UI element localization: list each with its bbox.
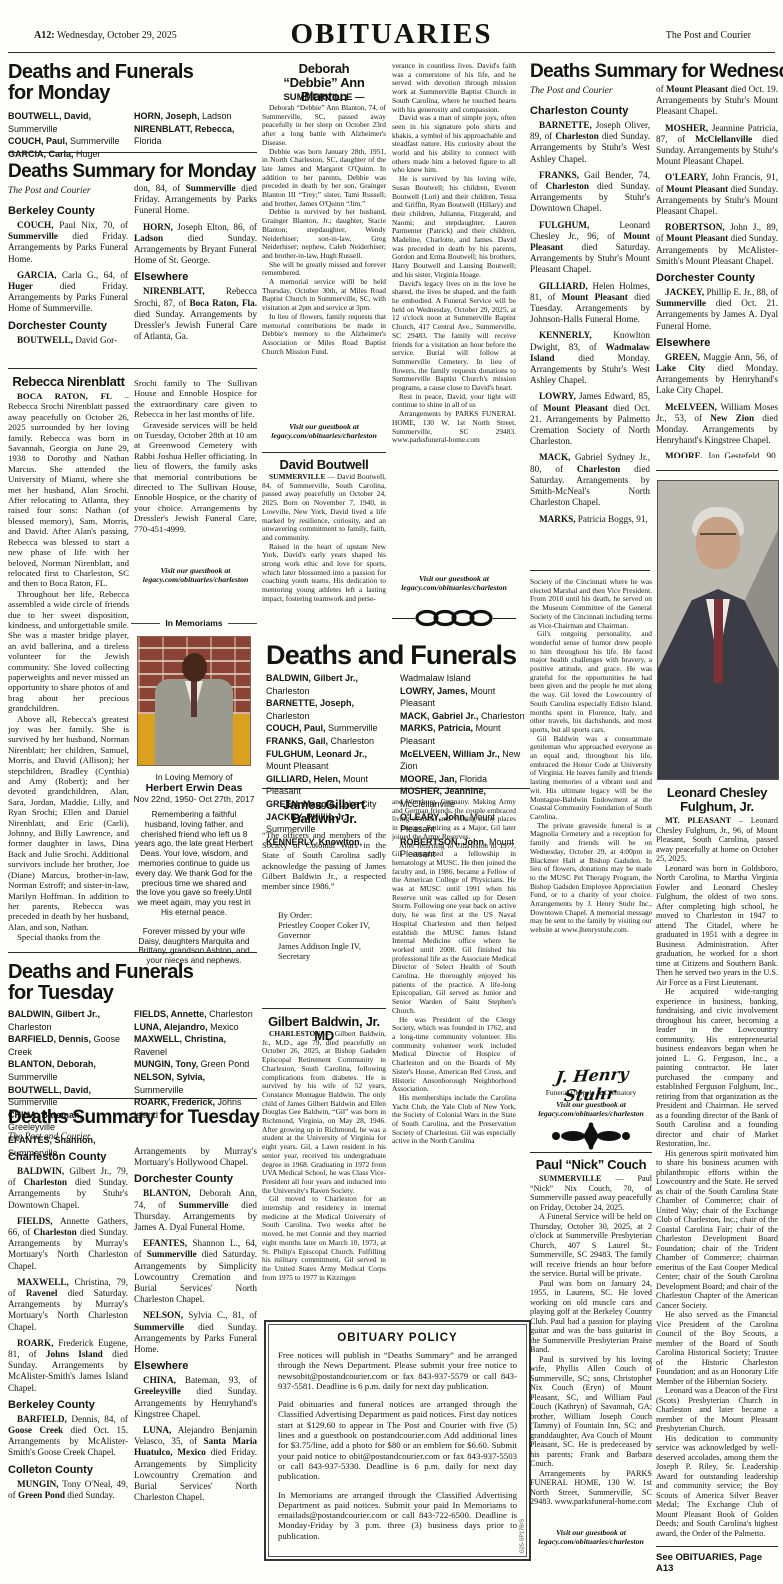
monday-dnf-title: Deaths and Funerals for Monday <box>8 62 223 104</box>
paragraph: He was President of the Clergy Society, … <box>392 1016 516 1094</box>
obit-headline-line1: Leonard Chesley <box>656 786 778 800</box>
obit-blanton-body: Deborah “Debbie” Ann Blanton, 74, of Sum… <box>262 104 386 416</box>
obit-headline-line2: Baldwin Jr. <box>262 812 386 826</box>
divider-rule <box>8 1098 257 1099</box>
summary-entry: MUNGIN, Tony O'Neal, 49, of Green Pond d… <box>8 1479 128 1501</box>
summary-entry: BARFIELD, Dennis, 84, of Goose Creek die… <box>8 1414 128 1459</box>
obituary-policy-box: OBITUARY POLICY Free notices will publis… <box>264 1320 531 1561</box>
fleur-ornament-icon <box>543 1120 639 1152</box>
paragraph: After returning to Charleston in 1977, G… <box>392 842 516 1016</box>
summary-entry: NIRENBLATT, Rebecca Srochi, 87, of Boca … <box>134 286 257 342</box>
by-order-line: Priestley Cooper Coker IV, <box>278 920 396 930</box>
paragraph: He also served as the Financial Vice Pre… <box>656 1310 778 1386</box>
name-list-item: BOUTWELL, David, Summerville <box>8 110 130 135</box>
tuesday-summary-col2: Arrangements by Murray's Mortuary's Holl… <box>134 1146 257 1570</box>
guestbook-line1: Visit our guestbook at <box>530 1528 652 1537</box>
name-list-item: MUNGIN, Tony, Green Pond <box>134 1058 257 1071</box>
byline: The Post and Courier <box>8 1132 91 1142</box>
name-list-item: FULGHUM, Leonard Jr., Mount Pleasant <box>266 748 394 773</box>
byline: The Post and Courier <box>530 86 613 96</box>
paragraph: A Funeral Service will be held on Thursd… <box>530 1212 652 1279</box>
name-list-item: BLANTON, Deborah, Summerville <box>8 1058 130 1083</box>
name-list-item: McELVEEN, William Jr., New Zion <box>400 748 528 773</box>
name-list-item: MACK, Gabriel Jr., Charleston <box>400 710 528 723</box>
summary-entry: MOORE, Jan Gestefeld, 90, of Seminole, F… <box>656 451 778 458</box>
center-dnf-title: Deaths and Funerals <box>266 640 516 671</box>
summary-entry: MARKS, Patricia Boggs, 91, <box>530 514 650 525</box>
newspaper-page: A12: Wednesday, October 29, 2025 OBITUAR… <box>0 0 783 1584</box>
obit-headline-line1: Deborah <box>262 62 386 76</box>
tuesday-dnf-list-col2: FIELDS, Annette, CharlestonLUNA, Alejand… <box>134 1008 257 1121</box>
summary-entry: MACK, Gabriel Sydney Jr., 80, of Charles… <box>530 452 650 508</box>
paragraph: He acquired wide-ranging experience in b… <box>656 987 778 1149</box>
summary-entry: LUNA, Alejandro Benjamin Velasco, 35, of… <box>134 1425 257 1503</box>
name-list-item: FRANKS, Gail, Charleston <box>266 735 394 748</box>
obit-boutwell-col2: verance in countless lives. David's fait… <box>392 62 516 568</box>
obit-headline-jgb: James Gilbert Baldwin Jr. <box>262 798 386 826</box>
monday-summary-col1: Berkeley CountyCOUCH, Paul Nix, 70, of S… <box>8 200 128 362</box>
paragraph: MT. PLEASANT – Leonard Chesley Fulghum, … <box>656 816 778 864</box>
obituary-policy-title: OBITUARY POLICY <box>278 1332 517 1344</box>
name-list-item: Wadmalaw Island <box>400 672 528 685</box>
summary-entry: FRANKS, Gail Bender, 74, of Charleston d… <box>530 170 650 215</box>
paragraph: Debbie is survived by her husband, Grain… <box>262 208 386 260</box>
summary-entry: FULGHUM, Leonard Chesley Jr., 96, of Mou… <box>530 220 650 276</box>
divider-rule <box>656 1546 778 1547</box>
see-obituaries-jumpline: See OBITUARIES, Page A13 <box>656 1552 778 1574</box>
memoriam-text: Remembering a faithful husband, loving f… <box>135 810 253 918</box>
paragraph: David was a man of simple joys, often se… <box>392 114 516 175</box>
divider-rule <box>8 952 257 953</box>
county-heading: Charleston County <box>530 105 650 117</box>
name-list-item: FIELDS, Annette, Charleston <box>134 1008 257 1021</box>
summary-entry: FIELDS, Annette Gathers, 66, of Charlest… <box>8 1216 128 1272</box>
summary-entry: BALDWIN, Gilbert Jr., 79, of Charleston … <box>8 1166 128 1211</box>
paragraph: Gil's outgoing personality, and wonderfu… <box>530 630 652 734</box>
paragraph: CHARLESTON — Gilbert Baldwin, Jr., M.D.,… <box>262 1030 386 1195</box>
rope-ornament-icon <box>415 608 493 628</box>
obit-headline-boutwell: David Boutwell <box>262 458 386 472</box>
summary-entry: KENNERLY, Knowlton Dwight, 83, of Wadmal… <box>530 330 650 386</box>
obit-headline-line2: Fulghum, Jr. <box>656 800 778 814</box>
summary-entry: BARNETTE, Joseph Oliver, 89, of Charlest… <box>530 120 650 165</box>
divider-rule <box>262 452 386 453</box>
guestbook-note: Visit our guestbook at legacy.com/obitua… <box>530 1528 652 1546</box>
paragraph: His memberships include the Carolina Yac… <box>392 1094 516 1146</box>
summary-entry: BLANTON, Deborah Ann, 74, of Summerville… <box>134 1188 257 1233</box>
guestbook-line2: legacy.com/obituaries/charleston <box>530 1109 652 1118</box>
paragraph: BOCA RATON, FL – Rebecca Srochi Nirenbla… <box>8 391 129 589</box>
paragraph: Paul is survived by his loving wife, Phy… <box>530 1355 652 1469</box>
county-heading: Berkeley County <box>8 1399 128 1411</box>
name-list-item: MOORE, Jan, Florida <box>400 773 528 786</box>
paragraph: verance in countless lives. David's fait… <box>392 62 516 114</box>
paragraph: David's legacy lives on in the love he s… <box>392 280 516 393</box>
memoriam-name: Herbert Erwin Deas <box>131 782 257 794</box>
monday-dnf-list-col2: HORN, Joseph, LadsonNIRENBLATT, Rebecca,… <box>134 110 257 148</box>
summary-entry: EFANTES, Shannon L., 64, of Summerville … <box>134 1238 257 1305</box>
wednesday-summary-col1: Charleston CountyBARNETTE, Joseph Oliver… <box>530 100 650 562</box>
by-order-line: Governor <box>278 930 396 940</box>
name-list-item: GILLIARD, Helen, Mount Pleasant <box>266 773 394 798</box>
county-heading: Colleton County <box>8 1464 128 1476</box>
guestbook-line1: Visit our guestbook at <box>392 574 516 583</box>
summary-entry: ROARK, Frederick Eugene, 81, of Johns Is… <box>8 1338 128 1394</box>
name-list-item: BARNETTE, Joseph, Charleston <box>266 697 394 722</box>
paragraph: Arrangements by PARKS FUNERAL HOME, 130 … <box>392 410 516 445</box>
obituary-policy-text: Free notices will publish in “Deaths Sum… <box>278 1350 517 1541</box>
guestbook-line2: legacy.com/obituaries/charleston <box>530 1537 652 1546</box>
obit-headline-nirenblatt: Rebecca Nirenblatt <box>8 375 129 389</box>
in-memoriams-label: In Memoriams <box>165 618 222 628</box>
divider-rule <box>656 470 778 471</box>
in-memoriams-box: In Memoriams In Loving Memory of Herbert… <box>131 618 257 975</box>
divider-rule <box>8 368 257 369</box>
name-list-item: BOUTWELL, David, Summerville <box>8 1084 130 1109</box>
summary-entry: O'LEARY, John Francis, 91, of Mount Plea… <box>656 172 778 217</box>
by-order-line: By Order: <box>278 910 396 920</box>
obit-boutwell-col1: SUMMERVILLE — David Boutwell, 84, of Sum… <box>262 473 386 640</box>
county-heading: Elsewhere <box>134 271 257 283</box>
obit-fulghum-body: MT. PLEASANT – Leonard Chesley Fulghum, … <box>656 816 778 1540</box>
name-list-item: NELSON, Sylvia, Summerville <box>134 1071 257 1096</box>
tuesday-summary-col1: Charleston CountyBALDWIN, Gilbert Jr., 7… <box>8 1146 128 1570</box>
header-rule <box>8 52 775 53</box>
paragraph: Raised in the heart of upstate New York,… <box>262 543 386 604</box>
obit-headline-line1: James Gilbert <box>262 798 386 812</box>
paragraph: Society of the Cincinnati where he was e… <box>530 578 652 630</box>
paragraph: Gil moved to Charleston for an internshi… <box>262 1195 386 1282</box>
divider-rule <box>262 788 530 789</box>
obit-dateline-blanton: SUMMERVILLE — <box>262 92 386 103</box>
name-list-item: BALDWIN, Gilbert Jr., Charleston <box>266 672 394 697</box>
paragraph: His generous spirit motivated him to sha… <box>656 1149 778 1311</box>
paragraph: Leonard was a Deacon of the First (Scots… <box>656 1386 778 1434</box>
paragraph: His dedication to community service was … <box>656 1434 778 1539</box>
summary-entry: Arrangements by Murray's Mortuary's Holl… <box>134 1146 257 1168</box>
name-list-item: BALDWIN, Gilbert Jr., Charleston <box>8 1008 130 1033</box>
county-heading: Dorchester County <box>656 272 778 284</box>
paragraph: Debbie was born January 28th, 1951, in N… <box>262 148 386 209</box>
name-list-item: MAXWELL, Christina, Ravenel <box>134 1033 257 1058</box>
memoriam-photo <box>137 636 251 766</box>
paragraph: He is survived by his loving wife, Susan… <box>392 175 516 279</box>
obit-gilbert-col2: and Wurzburg, Germany. Making Army and G… <box>392 798 516 1314</box>
by-order-line: Secretary <box>278 951 396 961</box>
tuesday-summary-title: Deaths Summary for Tuesday <box>8 1108 259 1128</box>
policy-print-code: G25-SP17B/S <box>520 1519 526 1554</box>
paragraph: SUMMERVILLE — Paul “Nick” Nix Couch, 70,… <box>530 1174 652 1212</box>
paragraph: A memorial service willl be held Thursda… <box>262 278 386 313</box>
by-order-line: James Addison Ingle IV, <box>278 941 396 951</box>
tuesday-dnf-title: Deaths and Funerals for Tuesday <box>8 962 223 1004</box>
county-heading: Elsewhere <box>134 1360 257 1372</box>
summary-entry: MAXWELL, Christina, 79, of Ravenel died … <box>8 1277 128 1333</box>
summary-entry: CHINA, Bateman, 93, of Greeleyville died… <box>134 1375 257 1420</box>
in-memoriams-header: In Memoriams <box>131 618 257 628</box>
fulghum-photo <box>657 480 779 780</box>
summary-entry: NELSON, Sylvia C., 81, of Summerville di… <box>134 1310 257 1355</box>
byline: The Post and Courier <box>8 186 91 196</box>
paragraph: She will be greatly missed and forever r… <box>262 261 386 278</box>
rope-ornament <box>392 608 516 628</box>
paragraph: Deborah “Debbie” Ann Blanton, 74, of Sum… <box>262 104 386 148</box>
divider-rule <box>262 1008 386 1009</box>
name-list-item: MARKS, Patricia, Mount Pleasant <box>400 722 528 747</box>
paragraph: Above all, Rebecca's greatest joy was he… <box>8 714 129 933</box>
memoriam-dates: Nov 22nd, 1950- Oct 27th, 2017 <box>131 794 257 804</box>
summary-entry: don, 84, of Summerville died Friday. Arr… <box>134 183 257 217</box>
guestbook-note: Visit our guestbook at legacy.com/obitua… <box>530 1100 652 1118</box>
obit-gilbert-col1: CHARLESTON — Gilbert Baldwin, Jr., M.D.,… <box>262 1030 386 1314</box>
obit-gilbert-col3: Society of the Cincinnati where he was e… <box>530 578 652 1064</box>
paragraph: Arrangements by PARKS FUNERAL HOME, 130 … <box>530 1469 652 1507</box>
paper-name: The Post and Courier <box>666 30 751 41</box>
monday-summary-title: Deaths Summary for Monday <box>8 162 256 182</box>
county-heading: Berkeley County <box>8 205 128 217</box>
paragraph: Special thanks from the <box>8 932 129 942</box>
guestbook-line2: legacy.com/obituaries/charleston <box>392 583 516 592</box>
wednesday-summary-title: Deaths Summary for Wednesday <box>530 62 783 82</box>
summary-entry: HORN, Joseph Elton, 86, of Ladson died S… <box>134 222 257 267</box>
paragraph: Rest in peace, David, your light will co… <box>392 393 516 410</box>
guestbook-line2: legacy.com/obituaries/charleston <box>134 575 257 584</box>
summary-entry: McELVEEN, William Moses Jr., 53, of New … <box>656 402 778 447</box>
divider-rule <box>530 1152 652 1153</box>
paragraph: Srochi family to The Sullivan House and … <box>134 378 257 420</box>
county-heading: Dorchester County <box>8 320 128 332</box>
name-list-item: GARCIA, Carla, Huger <box>8 148 130 161</box>
guestbook-note: Visit our guestbook at legacy.com/obitua… <box>262 422 386 440</box>
obit-couch-body: SUMMERVILLE — Paul “Nick” Nix Couch, 70,… <box>530 1174 652 1522</box>
paragraph: Graveside services will be held on Tuesd… <box>134 420 257 534</box>
guestbook-note: Visit our guestbook at legacy.com/obitua… <box>392 574 516 592</box>
name-list-item: BARFIELD, Dennis, Goose Creek <box>8 1033 130 1058</box>
paragraph: SUMMERVILLE — David Boutwell, 84, of Sum… <box>262 473 386 543</box>
jgb-quote: “The officers and members of the Society… <box>262 830 386 891</box>
county-heading: Elsewhere <box>656 337 778 349</box>
jgb-by-order: By Order:Priestley Cooper Coker IV,Gover… <box>262 910 396 961</box>
paragraph: Paid obituaries and funeral notices are … <box>278 1399 517 1481</box>
summary-entry: BOUTWELL, David Gor- <box>8 335 128 346</box>
guestbook-note: Visit our guestbook at legacy.com/obitua… <box>134 566 257 584</box>
divider-rule <box>530 570 650 571</box>
paragraph: Leonard was born in Goldsboro, North Car… <box>656 864 778 988</box>
guestbook-line1: Visit our guestbook at <box>262 422 386 431</box>
obit-headline-couch: Paul “Nick” Couch <box>530 1158 652 1172</box>
paragraph: The private graveside funeral is at Magn… <box>530 822 652 935</box>
paragraph: Free notices will publish in “Deaths Sum… <box>278 1350 517 1391</box>
name-list-item: COUCH, Paul, Summerville <box>266 722 394 735</box>
summary-entry: of Mount Pleasant died Oct. 19. Arrangem… <box>656 84 778 118</box>
signature-subtitle: Funeral Chapels & Crematory <box>530 1088 652 1097</box>
summary-entry: GARCIA, Carla G., 64, of Huger died Frid… <box>8 270 128 315</box>
summary-entry: LOWRY, James Edward, 85, of Mount Pleasa… <box>530 391 650 447</box>
summary-entry: GILLIARD, Helen Holmes, 81, of Mount Ple… <box>530 281 650 326</box>
divider-rule <box>8 152 257 153</box>
county-heading: Charleston County <box>8 1151 128 1163</box>
summary-entry: COUCH, Paul Nix, 70, of Summerville died… <box>8 220 128 265</box>
obit-nirenblatt-col2: Srochi family to The Sullivan House and … <box>134 378 257 562</box>
name-list-item: COUCH, Paul, Summerville <box>8 135 130 148</box>
memoriam-intro: In Loving Memory of <box>131 772 257 782</box>
paragraph: Gil Baldwin was a consummate gentleman w… <box>530 735 652 822</box>
obit-headline-fulghum: Leonard Chesley Fulghum, Jr. <box>656 786 778 814</box>
paragraph: In Memoriams are arranged through the Cl… <box>278 1490 517 1541</box>
name-list-item: LOWRY, James, Mount Pleasant <box>400 685 528 710</box>
obit-nirenblatt-col1: BOCA RATON, FL – Rebecca Srochi Nirenbla… <box>8 391 129 985</box>
paragraph: Paul was born on January 24, 1955, in La… <box>530 1279 652 1355</box>
guestbook-line1: Visit our guestbook at <box>134 566 257 575</box>
paragraph: In lieu of flowers, family requests that… <box>262 313 386 357</box>
summary-entry: MOSHER, Jeannine Patricia, 87, of McClel… <box>656 123 778 168</box>
name-list-item: HORN, Joseph, Ladson <box>134 110 257 123</box>
paragraph: and Wurzburg, Germany. Making Army and G… <box>392 798 516 842</box>
name-list-item: NIRENBLATT, Rebecca, Florida <box>134 123 257 148</box>
paragraph: Throughout her life, Rebecca assembled a… <box>8 589 129 714</box>
summary-entry: JACKEY, Phillip E. Jr., 88, of Summervil… <box>656 287 778 332</box>
summary-entry: ROBERTSON, John J., 89, of Mount Pleasan… <box>656 222 778 267</box>
county-heading: Dorchester County <box>134 1173 257 1185</box>
name-list-item: LUNA, Alejandro, Mexico <box>134 1021 257 1034</box>
monday-summary-col2: don, 84, of Summerville died Friday. Arr… <box>134 183 257 363</box>
wednesday-summary-col2: of Mount Pleasant died Oct. 19. Arrangem… <box>656 84 778 458</box>
summary-entry: GREEN, Maggie Ann, 56, of Lake City died… <box>656 352 778 397</box>
guestbook-line2: legacy.com/obituaries/charleston <box>262 431 386 440</box>
guestbook-line1: Visit our guestbook at <box>530 1100 652 1109</box>
